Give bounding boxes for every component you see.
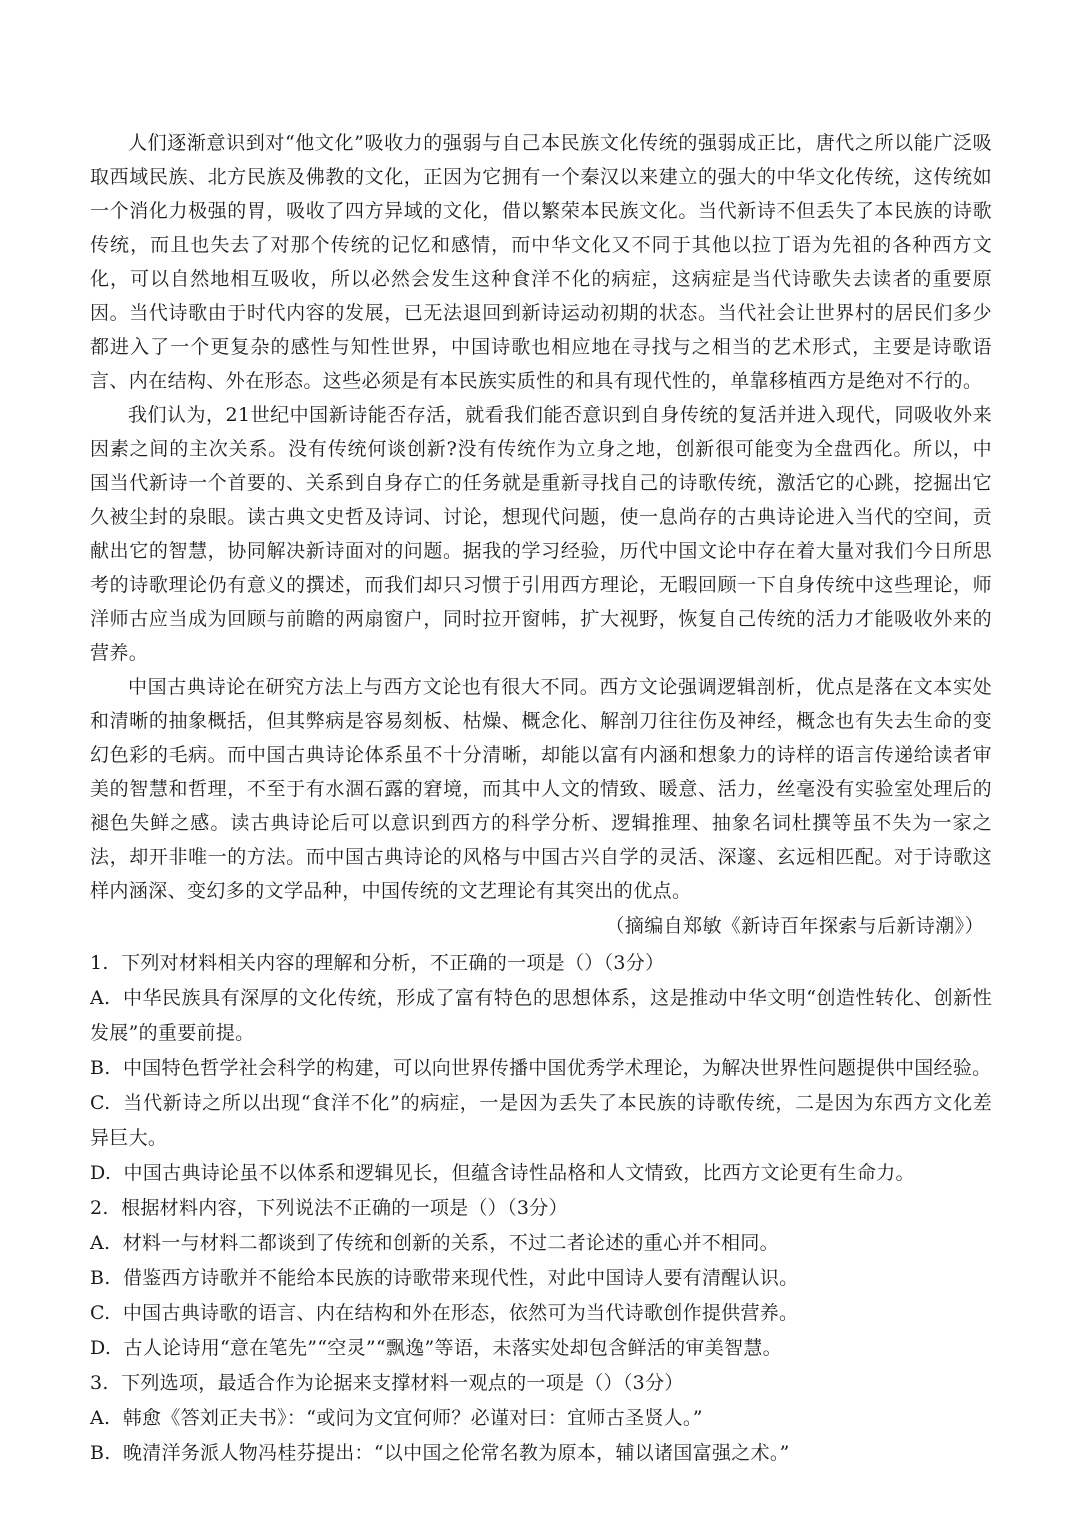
question-1-number: 1. xyxy=(90,952,109,974)
question-1: 1.下列对材料相关内容的理解和分析，不正确的一项是（）（3分） A.中华民族具有… xyxy=(90,946,992,1191)
option-b-text: 晚清洋务派人物冯桂芬提出：“以中国之伦常名教为原本，辅以诸国富强之术。” xyxy=(123,1442,790,1464)
option-c-label: C. xyxy=(90,1302,111,1324)
option-c-text: 当代新诗之所以出现“食洋不化”的病症，一是因为丢失了本民族的诗歌传统，二是因为东… xyxy=(90,1092,992,1149)
question-1-stem: 下列对材料相关内容的理解和分析，不正确的一项是（）（3分） xyxy=(121,952,664,974)
option-d-text: 古人论诗用“意在笔先”“空灵”“飘逸”等语，未落实处却包含鲜活的审美智慧。 xyxy=(124,1337,782,1359)
option-a-label: A. xyxy=(90,987,110,1009)
question-1-stem-line: 1.下列对材料相关内容的理解和分析，不正确的一项是（）（3分） xyxy=(90,946,992,981)
passage-attribution: （摘编自郑敏《新诗百年探索与后新诗潮》） xyxy=(90,908,992,944)
option-b-label: B. xyxy=(90,1442,111,1464)
question-3-option-b: B.晚清洋务派人物冯桂芬提出：“以中国之伦常名教为原本，辅以诸国富强之术。” xyxy=(90,1436,992,1471)
question-3: 3.下列选项，最适合作为论据来支撑材料一观点的一项是（）（3分） A.韩愈《答刘… xyxy=(90,1366,992,1471)
question-2-stem: 根据材料内容，下列说法不正确的一项是（）（3分） xyxy=(121,1197,568,1219)
option-d-label: D. xyxy=(90,1162,111,1184)
question-2-stem-line: 2.根据材料内容，下列说法不正确的一项是（）（3分） xyxy=(90,1191,992,1226)
question-3-number: 3. xyxy=(90,1372,109,1394)
question-2-option-d: D.古人论诗用“意在笔先”“空灵”“飘逸”等语，未落实处却包含鲜活的审美智慧。 xyxy=(90,1331,992,1366)
reading-passage: 人们逐渐意识到对“他文化”吸收力的强弱与自己本民族文化传统的强弱成正比，唐代之所… xyxy=(90,126,992,944)
question-1-option-c: C.当代新诗之所以出现“食洋不化”的病症，一是因为丢失了本民族的诗歌传统，二是因… xyxy=(90,1086,992,1156)
question-2-option-b: B.借鉴西方诗歌并不能给本民族的诗歌带来现代性，对此中国诗人要有清醒认识。 xyxy=(90,1261,992,1296)
option-a-label: A. xyxy=(90,1407,110,1429)
option-c-label: C. xyxy=(90,1092,111,1114)
option-b-label: B. xyxy=(90,1057,111,1079)
option-b-text: 借鉴西方诗歌并不能给本民族的诗歌带来现代性，对此中国诗人要有清醒认识。 xyxy=(123,1267,799,1289)
option-d-label: D. xyxy=(90,1337,111,1359)
option-a-label: A. xyxy=(90,1232,110,1254)
option-d-text: 中国古典诗论虽不以体系和逻辑见长，但蕴含诗性品格和人文情致，比西方文论更有生命力… xyxy=(124,1162,915,1184)
exam-document-page: 人们逐渐意识到对“他文化”吸收力的强弱与自己本民族文化传统的强弱成正比，唐代之所… xyxy=(0,0,1080,1527)
question-2: 2.根据材料内容，下列说法不正确的一项是（）（3分） A.材料一与材料二都谈到了… xyxy=(90,1191,992,1366)
option-b-text: 中国特色哲学社会科学的构建，可以向世界传播中国优秀学术理论，为解决世界性问题提供… xyxy=(123,1057,992,1079)
passage-paragraph-2: 我们认为，21世纪中国新诗能否存活，就看我们能否意识到自身传统的复活并进入现代，… xyxy=(90,398,992,670)
question-1-option-d: D.中国古典诗论虽不以体系和逻辑见长，但蕴含诗性品格和人文情致，比西方文论更有生… xyxy=(90,1156,992,1191)
option-a-text: 材料一与材料二都谈到了传统和创新的关系，不过二者论述的重心并不相同。 xyxy=(123,1232,779,1254)
question-2-option-a: A.材料一与材料二都谈到了传统和创新的关系，不过二者论述的重心并不相同。 xyxy=(90,1226,992,1261)
question-1-option-b: B.中国特色哲学社会科学的构建，可以向世界传播中国优秀学术理论，为解决世界性问题… xyxy=(90,1051,992,1086)
question-3-stem-line: 3.下列选项，最适合作为论据来支撑材料一观点的一项是（）（3分） xyxy=(90,1366,992,1401)
option-a-text: 韩愈《答刘正夫书》：“或问为文宜何师？必谨对曰：宜师古圣贤人。” xyxy=(123,1407,703,1429)
passage-paragraph-3: 中国古典诗论在研究方法上与西方文论也有很大不同。西方文论强调逻辑剖析，优点是落在… xyxy=(90,670,992,908)
question-3-option-a: A.韩愈《答刘正夫书》：“或问为文宜何师？必谨对曰：宜师古圣贤人。” xyxy=(90,1401,992,1436)
passage-paragraph-1: 人们逐渐意识到对“他文化”吸收力的强弱与自己本民族文化传统的强弱成正比，唐代之所… xyxy=(90,126,992,398)
option-b-label: B. xyxy=(90,1267,111,1289)
option-a-text: 中华民族具有深厚的文化传统，形成了富有特色的思想体系，这是推动中华文明“创造性转… xyxy=(90,987,992,1044)
option-c-text: 中国古典诗歌的语言、内在结构和外在形态，依然可为当代诗歌创作提供营养。 xyxy=(123,1302,799,1324)
question-1-option-a: A.中华民族具有深厚的文化传统，形成了富有特色的思想体系，这是推动中华文明“创造… xyxy=(90,981,992,1051)
question-section: 1.下列对材料相关内容的理解和分析，不正确的一项是（）（3分） A.中华民族具有… xyxy=(90,946,992,1471)
question-2-number: 2. xyxy=(90,1197,109,1219)
question-2-option-c: C.中国古典诗歌的语言、内在结构和外在形态，依然可为当代诗歌创作提供营养。 xyxy=(90,1296,992,1331)
question-3-stem: 下列选项，最适合作为论据来支撑材料一观点的一项是（）（3分） xyxy=(121,1372,684,1394)
